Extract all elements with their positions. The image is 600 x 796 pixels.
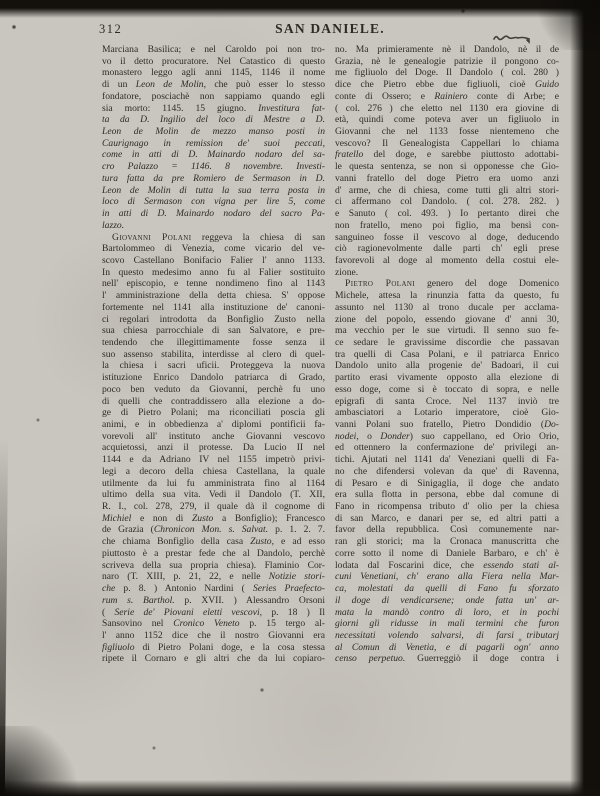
- text-line: Dandolo unito alla progenie de' Badoari,…: [335, 360, 559, 372]
- text-line: Michele, attesa la rinunzia fatta da que…: [335, 290, 559, 302]
- text-line: naro (T. XIII, p. 21, 22, e nelle Notizi…: [102, 571, 325, 583]
- text-line: nodei, o Donder) suo cappellano, ed Orio…: [335, 431, 559, 443]
- text-line: scriveva della sua propria chiesa). Flam…: [102, 560, 325, 572]
- text-line: lazzo.: [102, 220, 325, 232]
- scan-corner-bottom-left: [0, 726, 90, 796]
- text-line: ciò ragionevolmente dalle parti ch' egli…: [335, 243, 559, 255]
- text-line: e Sanuto ( col. 493. ) Io pertanto direi…: [335, 208, 559, 220]
- text-line: legi a decoro della chiesa Castellana, l…: [102, 466, 325, 478]
- text-line: necessitati volendo salvarsi, di farsi t…: [335, 630, 559, 642]
- text-line: conte di Ossero; e Rainiero conte di Arb…: [335, 91, 559, 103]
- text-line: assunto nel 1130 al trono ducale per acc…: [335, 302, 559, 314]
- text-line: ce sedare le gravissime discordie che pa…: [335, 337, 559, 349]
- text-line: ci affermano col Dandolo. ( col. 278. 28…: [335, 196, 559, 208]
- text-line: rum s. Barthol. p. XVII. ) Alessandro Or…: [102, 595, 325, 607]
- text-line: vo il detto procuratore. Nel Catastico d…: [102, 56, 325, 68]
- text-line: piuttosto è a prestar fede che al Dandol…: [102, 548, 325, 560]
- ink-squiggle-icon: [492, 31, 532, 45]
- text-line: animi, e in obbedienza a' diplomi pontif…: [102, 419, 325, 431]
- scan-edge-top: [0, 0, 600, 18]
- text-line: zione del popolo, essendo giovane d' ann…: [335, 314, 559, 326]
- text-line: acquietossi, anzi il protesse. Da Lucio …: [102, 442, 325, 454]
- text-line: sanguineo fosse il vescovo al doge, dedu…: [335, 232, 559, 244]
- text-line: tura fatta da pre Romiero de Sermason in…: [102, 173, 325, 185]
- text-line: Giovanni Polani reggeva la chiesa di san: [102, 232, 325, 244]
- text-line: fratello del doge, e sarebbe piuttosto a…: [335, 149, 559, 161]
- text-line: di san Marco, e danari per se, ed altri …: [335, 513, 559, 525]
- text-line: loco di Sermason con vigna per lire 5, c…: [102, 196, 325, 208]
- left-column: Marciana Basilica; e nel Caroldo poi non…: [102, 44, 325, 665]
- text-line: Pietro Polani genero del doge Domenico: [335, 278, 559, 290]
- text-line: ultimo della sua vita. Vedi il Dandolo (…: [102, 489, 325, 501]
- text-line: Leon de Molin de mezzo manso posti in: [102, 126, 325, 138]
- text-line: tra quelli di Casa Polani, e il patriarc…: [335, 349, 559, 361]
- text-line: vorevoli all' instituto anche Giovanni v…: [102, 431, 325, 443]
- text-line: ran gli storici; ma la Cronaca manuscrit…: [335, 536, 559, 548]
- text-line: Bartolommeo di Venezia, come vicario del…: [102, 243, 325, 255]
- text-line: vanni fratello del doge Pietro era uomo …: [335, 173, 559, 185]
- text-line: vescovo? Il Genealogista Cappellari lo c…: [335, 138, 559, 150]
- text-line: istituzione Enrico Dandolo patriarca di …: [102, 372, 325, 384]
- text-line: in atti di D. Mainardo nodaro del sacro …: [102, 208, 325, 220]
- text-line: zione.: [335, 267, 559, 279]
- text-line: di un Leon de Molin, che può esser lo st…: [102, 79, 325, 91]
- text-line: la chiesa i sacri uficii. Proteggeva la …: [102, 360, 325, 372]
- text-line: non fratello, meno poi figlio, ma bensì …: [335, 220, 559, 232]
- text-line: Sansovino nel Cronico Veneto p. 15 tergo…: [102, 618, 325, 630]
- text-line: l' anno 1152 dice che il nostro Giovanni…: [102, 630, 325, 642]
- text-line: ( col. 276 ) che eletto nel 1130 era gio…: [335, 103, 559, 115]
- text-line: le questa sentenza, se non si opponesse …: [335, 161, 559, 173]
- text-line: l' amministrazione della detta chiesa. S…: [102, 290, 325, 302]
- text-line: che chiama Bonfiglio della casa Zusto, e…: [102, 536, 325, 548]
- text-line: 1144 e da Adriano IV nel 1155 impetrò pr…: [102, 454, 325, 466]
- text-line: tichi. Ajutati nel 1141 da' Veneziani qu…: [335, 454, 559, 466]
- text-line: come in atti di D. Mainardo nodaro del s…: [102, 149, 325, 161]
- scan-edge-left: [0, 0, 12, 796]
- text-line: ma vecchio per le sue virtudi. Il senno …: [335, 325, 559, 337]
- text-line: no che difendersi volevan da que' di Rav…: [335, 466, 559, 478]
- text-line: Giovanni che nel 1133 fosse nientemeno c…: [335, 126, 559, 138]
- page-title: SAN DANIELE.: [275, 21, 385, 37]
- text-line: ed ottennero la confermazione de' privil…: [335, 442, 559, 454]
- text-line: esso doge, come si è toccato di sopra, e…: [335, 384, 559, 396]
- text-line: epigrafi di santa Croce. Nel 1137 inviò …: [335, 396, 559, 408]
- text-line: cro Palazzo = 1146. 8 novembre. Investi-: [102, 161, 325, 173]
- text-line: sia morto: 1145. 15 giugno. Investitura …: [102, 103, 325, 115]
- text-line: me figliuolo del Doge. Il Dandolo ( col.…: [335, 67, 559, 79]
- text-line: lodata dal Foscarini dice, che essendo s…: [335, 560, 559, 572]
- text-line: di quelli che contraddissero alla elezio…: [102, 396, 325, 408]
- text-line: no. Ma primieramente nè il Dandolo, nè i…: [335, 44, 559, 56]
- text-line: d' arme, che di chiesa, come tutti gli a…: [335, 185, 559, 197]
- text-line: R. I., col. 278, 279, il quale dà il cog…: [102, 501, 325, 513]
- text-line: In questo medesimo anno fu al Falier sos…: [102, 267, 325, 279]
- text-line: partito erasi vivamente opposto alla ele…: [335, 372, 559, 384]
- scan-edge-right: [570, 0, 600, 796]
- text-line: Grazia, nè le genealogie patrizie il pon…: [335, 56, 559, 68]
- text-line: ambasciatori a Lotario imperatore, cioè …: [335, 407, 559, 419]
- text-line: censo perpetuo. Guerreggiò il doge contr…: [335, 653, 559, 665]
- text-line: di Pesaro e di Sinigaglia, il doge che a…: [335, 478, 559, 490]
- text-line: scovo Castellano Bonifacio Falier l' ann…: [102, 255, 325, 267]
- text-line: cuni Venetiani, ch' erano alla Fiera nel…: [335, 571, 559, 583]
- text-line: favor della repubblica. Così comunemente…: [335, 524, 559, 536]
- text-line: sua chiesa parrocchiale di san Salvatore…: [102, 325, 325, 337]
- text-line: ta da D. Ingilio del loco di Mestre a D.: [102, 114, 325, 126]
- text-line: fondatore, posciachè non sappiamo quando…: [102, 91, 325, 103]
- text-line: Caurignago in remission de' suoi peccati…: [102, 138, 325, 150]
- text-line: che p. 8. ) Antonio Nardini ( Series Pra…: [102, 583, 325, 595]
- text-line: suo assenso stabilita, interdisse al cle…: [102, 349, 325, 361]
- text-line: età, quindi come poteva aver un figliuol…: [335, 114, 559, 126]
- text-line: corre sotto il nome di Daniele Barbaro, …: [335, 548, 559, 560]
- text-line: ge di Pietro Polani; ma riconciliati pos…: [102, 407, 325, 419]
- text-line: vanni Polani suo fratello, Pietro Dondid…: [335, 419, 559, 431]
- text-line: monastero leggo agli anni 1145, 1146 il …: [102, 67, 325, 79]
- scan-edge-bottom: [0, 780, 600, 796]
- text-line: Marciana Basilica; e nel Caroldo poi non…: [102, 44, 325, 56]
- text-line: Michiel e non di Zusto a Bonfiglio); Fra…: [102, 513, 325, 525]
- text-line: nell' episcopio, e tenne nondimeno fino …: [102, 278, 325, 290]
- text-line: Leon de Molin di tutta la sua terra post…: [102, 185, 325, 197]
- text-line: ci regolari introdotta da Bonfiglio Zust…: [102, 314, 325, 326]
- text-line: favorevoli al doge al momento della cost…: [335, 255, 559, 267]
- text-line: mata la mandò contro di loro, et in poch…: [335, 607, 559, 619]
- text-line: il doge di vendicarsene; onde fatta un' …: [335, 595, 559, 607]
- text-line: de Grazia (Chronicon Mon. s. Salvat. p. …: [102, 524, 325, 536]
- text-line: ( Serie de' Piovani eletti vescovi, p. 1…: [102, 607, 325, 619]
- text-line: tendendo che illegittimamente fosse senz…: [102, 337, 325, 349]
- text-line: utilmente da lui fu amministrata fino al…: [102, 478, 325, 490]
- text-line: era sulla flotta in persona, ebbe dal co…: [335, 489, 559, 501]
- right-column: no. Ma primieramente nè il Dandolo, nè i…: [335, 44, 559, 665]
- text-line: giorni gli ridusse in mali termini che f…: [335, 618, 559, 630]
- page-number: 312: [99, 22, 122, 37]
- text-line: ripete il Cornaro e gli altri che da lui…: [102, 653, 325, 665]
- text-line: al Comun di Venetia, e di pagarli ogn' a…: [335, 642, 559, 654]
- text-line: ca, molestati da quelli di Fano fu sforz…: [335, 583, 559, 595]
- text-line: poco ben veduto da Giovanni, perchè fu u…: [102, 384, 325, 396]
- text-line: dice che Pietro ebbe due figliuoli, cioè…: [335, 79, 559, 91]
- text-line: figliuolo di Pietro Polani doge, e la co…: [102, 642, 325, 654]
- text-line: fortemente nel 1141 alla instituzione de…: [102, 302, 325, 314]
- text-line: Fano in ricompensa tributo d' olio per l…: [335, 501, 559, 513]
